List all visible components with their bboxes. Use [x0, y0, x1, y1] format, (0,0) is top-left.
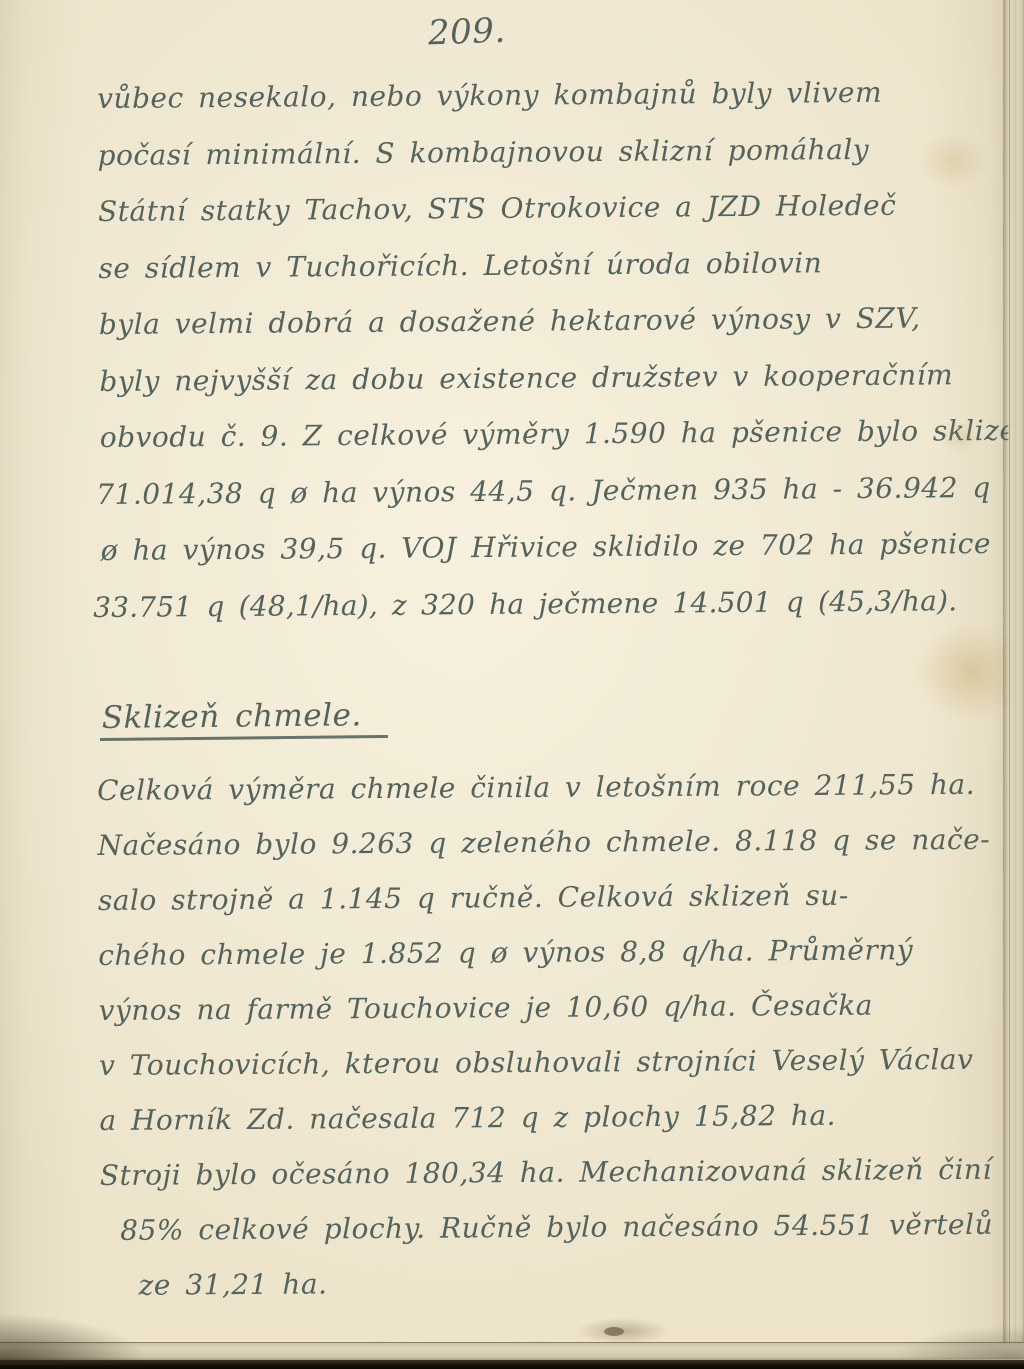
handwritten-line: Stroji bylo očesáno 180,34 ha. Mechanizo…: [100, 1151, 997, 1212]
page-edge-right: [1003, 0, 1024, 1369]
corner-shadow: [0, 1313, 150, 1365]
handwritten-line: výnos na farmě Touchovice je 10,60 q/ha.…: [99, 986, 996, 1047]
notebook-page: 209. vůbec nesekalo, nebo výkony kombajn…: [0, 0, 1024, 1369]
handwritten-line: vůbec nesekalo, nebo výkony kombajnů byl…: [97, 73, 994, 137]
handwritten-line: salo strojně a 1.145 q ručně. Celková sk…: [98, 876, 995, 937]
page-edge-right-line: [1009, 0, 1010, 1369]
handwritten-line: obvodu č. 9. Z celkové výměry 1.590 ha p…: [100, 412, 997, 476]
handwritten-line: 71.014,38 q ø ha výnos 44,5 q. Ječmen 93…: [96, 468, 997, 532]
handwritten-line: 33.751 q (48,1/ha), z 320 ha ječmene 14.…: [93, 581, 998, 645]
handwritten-line: se sídlem v Tuchořicích. Letošní úroda o…: [98, 242, 995, 306]
handwritten-line: Načesáno bylo 9.263 q zeleného chmele. 8…: [97, 821, 994, 882]
paper-stain: [604, 1327, 624, 1336]
page-edge-bottom: [0, 1342, 1024, 1360]
section-heading-hop-harvest: Sklizeň chmele.: [100, 697, 388, 741]
handwritten-line: chého chmele je 1.852 q ø výnos 8,8 q/ha…: [98, 931, 995, 992]
handwritten-line: ø ha výnos 39,5 q. VOJ Hřivice sklidilo …: [101, 525, 998, 589]
harvest-paragraph: vůbec nesekalo, nebo výkony kombajnů byl…: [97, 73, 998, 645]
handwritten-line: 85% celkové plochy. Ručně bylo načesáno …: [120, 1206, 997, 1267]
hop-harvest-paragraph: Celková výměra chmele činila v letošním …: [97, 766, 998, 1322]
handwritten-line: v Touchovicích, kterou obsluhovali stroj…: [99, 1041, 996, 1102]
paper-stain: [578, 1318, 668, 1344]
handwritten-line: Celková výměra chmele činila v letošním …: [97, 766, 994, 827]
page-number: 209.: [427, 11, 506, 54]
handwritten-line: Státní statky Tachov, STS Otrokovice a J…: [98, 186, 995, 250]
scan-border-bottom: [0, 1360, 1024, 1369]
corner-shadow: [894, 1325, 1024, 1359]
handwritten-line: počasí minimální. S kombajnovou sklizní …: [97, 129, 994, 193]
handwritten-line: ze 31,21 ha.: [138, 1261, 997, 1322]
handwritten-line: byla velmi dobrá a dosažené hektarové vý…: [99, 299, 996, 363]
handwritten-line: byly nejvyšší za dobu existence družstev…: [99, 355, 996, 419]
handwritten-line: a Horník Zd. načesala 712 q z plochy 15,…: [99, 1096, 996, 1157]
